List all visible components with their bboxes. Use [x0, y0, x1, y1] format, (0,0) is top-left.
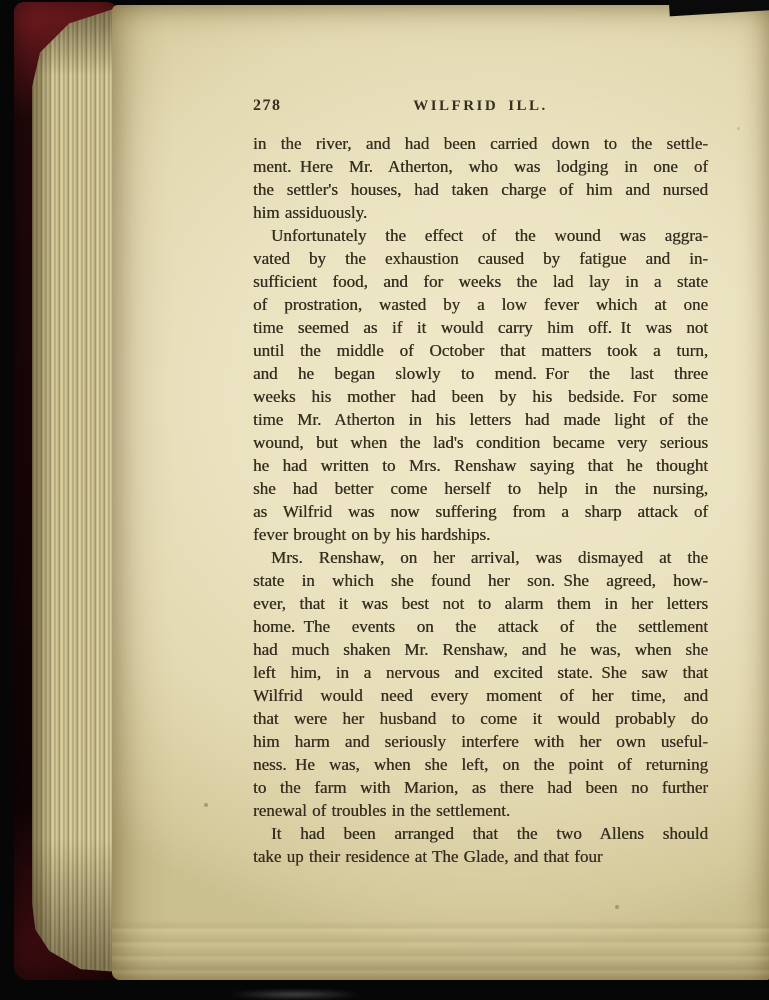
- text-line: left him, in a nervous and excited state…: [253, 661, 708, 684]
- text-line: to the farm with Marion, as there had be…: [253, 776, 708, 799]
- text-line: until the middle of October that matters…: [253, 339, 708, 362]
- text-line: that were her husband to come it would p…: [253, 707, 708, 730]
- text-line: renewal of troubles in the settlement.: [253, 799, 708, 822]
- book-photo: 278 WILFRID ILL. in the river, and had b…: [0, 0, 769, 1000]
- paragraph: It had been arranged that the two Allens…: [253, 822, 708, 868]
- text-line: the settler's houses, had taken charge o…: [253, 178, 708, 201]
- text-line: she had better come herself to help in t…: [253, 477, 708, 500]
- text-line: fever brought on by his hardships.: [253, 523, 708, 546]
- text-line: him assiduously.: [253, 201, 708, 224]
- text-line: It had been arranged that the two Allens…: [253, 822, 708, 845]
- text-line: time seemed as if it would carry him off…: [253, 316, 708, 339]
- text-line: Unfortunately the effect of the wound wa…: [253, 224, 708, 247]
- paragraph: Mrs. Renshaw, on her arrival, was dismay…: [253, 546, 708, 822]
- text-line: him harm and seriously interfere with he…: [253, 730, 708, 753]
- paper-speck: [615, 905, 619, 909]
- running-header: WILFRID ILL.: [253, 98, 708, 115]
- table-reflection: [225, 990, 365, 999]
- page-bottom-curl: [112, 920, 769, 980]
- text-line: ness. He was, when she left, on the poin…: [253, 753, 708, 776]
- text-line: take up their residence at The Glade, an…: [253, 845, 708, 868]
- text-line: vated by the exhaustion caused by fatigu…: [253, 247, 708, 270]
- text-line: had much shaken Mr. Renshaw, and he was,…: [253, 638, 708, 661]
- text-line: ment. Here Mr. Atherton, who was lodging…: [253, 155, 708, 178]
- text-line: Mrs. Renshaw, on her arrival, was dismay…: [253, 546, 708, 569]
- text-line: home. The events on the attack of the se…: [253, 615, 708, 638]
- body-text: in the river, and had been carried down …: [253, 132, 708, 868]
- book-page: 278 WILFRID ILL. in the river, and had b…: [112, 5, 769, 980]
- paragraph: Unfortunately the effect of the wound wa…: [253, 224, 708, 546]
- paper-speck: [737, 127, 740, 130]
- text-line: as Wilfrid was now suffering from a shar…: [253, 500, 708, 523]
- text-line: of prostration, wasted by a low fever wh…: [253, 293, 708, 316]
- text-line: ever, that it was best not to alarm them…: [253, 592, 708, 615]
- text-line: sufficient food, and for weeks the lad l…: [253, 270, 708, 293]
- text-line: state in which she found her son. She ag…: [253, 569, 708, 592]
- text-line: time Mr. Atherton in his letters had mad…: [253, 408, 708, 431]
- text-line: and he began slowly to mend. For the las…: [253, 362, 708, 385]
- page-header: 278 WILFRID ILL.: [253, 97, 708, 119]
- text-line: wound, but when the lad's condition beca…: [253, 431, 708, 454]
- paper-speck: [204, 803, 208, 807]
- text-line: in the river, and had been carried down …: [253, 132, 708, 155]
- text-line: Wilfrid would need every moment of her t…: [253, 684, 708, 707]
- paragraph: in the river, and had been carried down …: [253, 132, 708, 224]
- text-line: weeks his mother had been by his bedside…: [253, 385, 708, 408]
- text-line: he had written to Mrs. Renshaw saying th…: [253, 454, 708, 477]
